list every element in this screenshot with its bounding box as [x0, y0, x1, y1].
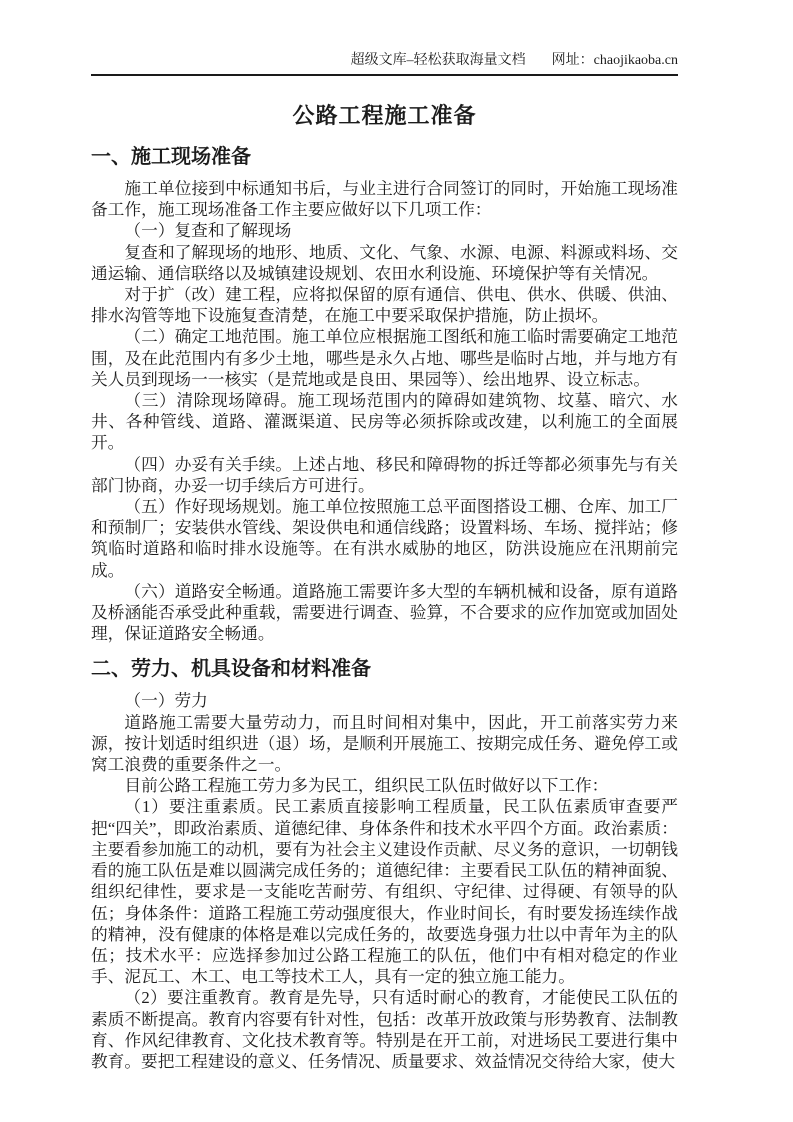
header-url: 网址：chaojikaoba.cn: [552, 53, 678, 68]
paragraph: 施工单位接到中标通知书后，与业主进行合同签订的同时，开始施工现场准备工作，施工现…: [91, 178, 678, 220]
document-title: 公路工程施工准备: [91, 101, 678, 131]
paragraph: （五）作好现场规划。施工单位按照施工总平面图搭设工棚、仓库、加工厂和预制厂；安装…: [91, 496, 678, 581]
paragraph: 复查和了解现场的地形、地质、文化、气象、水源、电源、料源或料场、交通运输、通信联…: [91, 242, 678, 284]
section-heading-1: 一、施工现场准备: [91, 144, 678, 170]
page-header: 超级文库–轻松获取海量文档网址：chaojikaoba.cn: [91, 0, 678, 70]
paragraph: 对于扩（改）建工程，应将拟保留的原有通信、供电、供水、供暖、供油、排水沟管等地下…: [91, 284, 678, 326]
paragraph: （二）确定工地范围。施工单位应根据施工图纸和施工临时需要确定工地范围，及在此范围…: [91, 326, 678, 390]
paragraph: （三）清除现场障碍。施工现场范围内的障碍如建筑物、坟墓、暗穴、水井、各种管线、道…: [91, 390, 678, 454]
paragraph: （一）复查和了解现场: [91, 220, 678, 241]
paragraph: （2）要注重教育。教育是先导，只有适时耐心的教育，才能使民工队伍的素质不断提高。…: [91, 987, 678, 1072]
header-divider: [91, 74, 678, 76]
paragraph: 目前公路工程施工劳力多为民工，组织民工队伍时做好以下工作：: [91, 775, 678, 796]
header-url-value: chaojikaoba.cn: [594, 53, 678, 68]
document-page: 超级文库–轻松获取海量文档网址：chaojikaoba.cn 公路工程施工准备 …: [0, 0, 793, 1122]
header-site-label: 超级文库–轻松获取海量文档: [351, 53, 526, 68]
paragraph: （四）办妥有关手续。上述占地、移民和障碍物的拆迁等都必须事先与有关部门协商，办妥…: [91, 454, 678, 496]
paragraph: （六）道路安全畅通。道路施工需要许多大型的车辆机械和设备，原有道路及桥涵能否承受…: [91, 581, 678, 645]
section-heading-2: 二、劳力、机具设备和材料准备: [91, 656, 678, 682]
paragraph: 道路施工需要大量劳动力，而且时间相对集中，因此，开工前落实劳力来源，按计划适时组…: [91, 712, 678, 776]
paragraph: （一）劳力: [91, 690, 678, 711]
paragraph: （1）要注重素质。民工素质直接影响工程质量，民工队伍素质审查要严把“四关”，即政…: [91, 796, 678, 987]
header-url-label: 网址：: [552, 53, 594, 68]
